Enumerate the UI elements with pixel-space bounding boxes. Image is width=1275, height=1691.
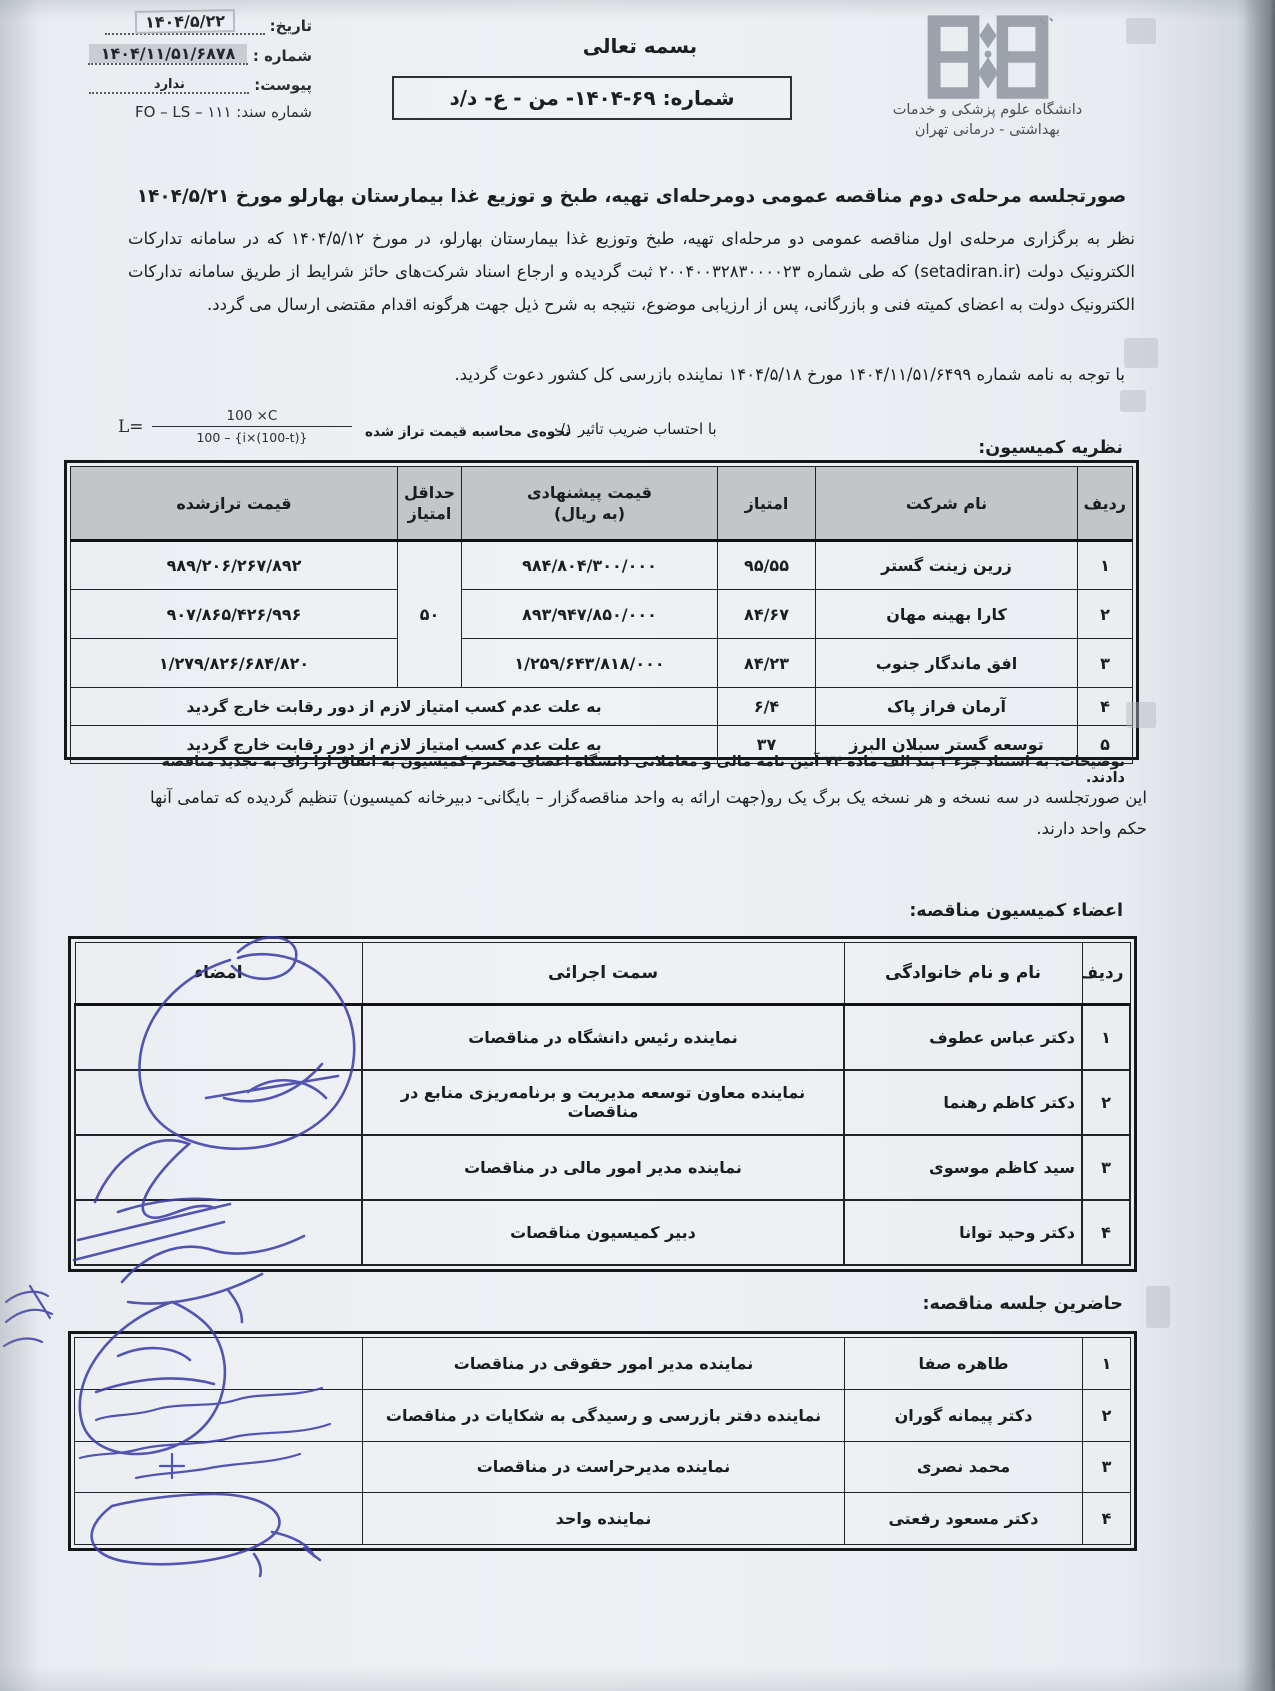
date-label: تاریخ: <box>270 17 312 35</box>
table-row: ۴ آرمان فراز پاک ۶/۴ به علت عدم کسب امتی… <box>71 688 1133 726</box>
col-score: امتیاز <box>718 467 816 541</box>
col-min-score-line1: حداقل <box>404 482 455 503</box>
rank-cell: ۲ <box>1083 1389 1131 1441</box>
signature-cell <box>75 1005 362 1070</box>
signature-cell <box>75 1338 363 1390</box>
body-paragraph: نظر به برگزاری مرحله‌ی اول مناقصه عمومی … <box>128 222 1135 321</box>
tender-scores-table: ردیف نام شرکت امتیاز قیمت پیشنهادی (به ر… <box>70 466 1133 764</box>
col-min-score-line2: امتیاز <box>404 503 455 524</box>
rank-cell: ۴ <box>1083 1493 1131 1545</box>
members-table: ردیف نام و نام خانوادگی سمت اجرائی امضاء… <box>74 942 1131 1266</box>
copies-note: این صورتجلسه در سه نسخه و هر نسخه یک برگ… <box>150 782 1147 844</box>
formula-numerator: 100 ×C <box>152 408 353 427</box>
adjusted-price-cell: ۹۸۹/۲۰۶/۲۶۷/۸۹۲ <box>71 541 398 590</box>
member-name-cell: دکتر عباس عطوف <box>844 1005 1082 1070</box>
table-row: ۳ افق ماندگار جنوب ۸۴/۲۳ ۱/۲۵۹/۶۴۳/۸۱۸/۰… <box>71 639 1133 688</box>
adjusted-price-formula: L= 100 ×C 100 – {i×(100-t)} <box>118 408 352 445</box>
col-rank: ردیف <box>1082 943 1130 1005</box>
signature-cell <box>75 1493 363 1545</box>
signature-cell <box>75 1389 363 1441</box>
table-row: ۱ طاهره صفا نماینده مدیر امور حقوقی در م… <box>75 1338 1131 1390</box>
col-adjusted-price: قیمت ترازشده <box>71 467 398 541</box>
rank-cell: ۳ <box>1083 1441 1131 1493</box>
bid-price-cell: ۹۸۴/۸۰۴/۳۰۰/۰۰۰ <box>462 541 718 590</box>
letter-meta-block: تاریخ: ۱۴۰۴/۵/۲۲ شماره : ۱۴۰۴/۱۱/۵۱/۶۸۷۸… <box>12 10 312 130</box>
company-cell: افق ماندگار جنوب <box>816 639 1078 688</box>
meta-number-row: شماره : ۱۴۰۴/۱۱/۵۱/۶۸۷۸ <box>12 44 312 65</box>
member-role-cell: نماینده معاون توسعه مدیریت و برنامه‌ریزی… <box>362 1070 844 1135</box>
formula-denominator: 100 – {i×(100-t)} <box>152 427 353 445</box>
rank-cell: ۱ <box>1078 541 1133 590</box>
rank-cell: ۳ <box>1082 1135 1130 1200</box>
meta-attachment-row: پیوست: ندارد <box>12 74 312 94</box>
table-row: ۲ کارا بهینه مهان ۸۴/۶۷ ۸۹۳/۹۴۷/۸۵۰/۰۰۰ … <box>71 590 1133 639</box>
col-bid-price-line1: قیمت پیشنهادی <box>468 482 711 503</box>
attachment-dotted-line: ندارد <box>89 74 249 94</box>
table-row: ۴ دکتر مسعود رفعتی نماینده واحد <box>75 1493 1131 1545</box>
min-score-cell: ۵۰ <box>398 541 462 688</box>
university-name-line2: بهداشتی - درمانی تهران <box>860 120 1115 140</box>
tums-emblem-icon <box>913 11 1063 103</box>
scanned-document-page: تاریخ: ۱۴۰۴/۵/۲۲ شماره : ۱۴۰۴/۱۱/۵۱/۶۸۷۸… <box>0 0 1275 1691</box>
score-cell: ۸۴/۶۷ <box>718 590 816 639</box>
adjusted-price-cell: ۹۰۷/۸۶۵/۴۲۶/۹۹۶ <box>71 590 398 639</box>
rank-cell: ۴ <box>1082 1200 1130 1265</box>
col-bid-price: قیمت پیشنهادی (به ریال) <box>462 467 718 541</box>
signature-stroke <box>128 1274 262 1322</box>
members-table-frame: ردیف نام و نام خانوادگی سمت اجرائی امضاء… <box>68 936 1137 1272</box>
handwritten-note-stroke <box>4 1292 52 1346</box>
university-logo <box>905 8 1070 106</box>
table-row: ۱ دکتر عباس عطوف نماینده رئیس دانشگاه در… <box>75 1005 1130 1070</box>
col-min-score: حداقل امتیاز <box>398 467 462 541</box>
attendee-name-cell: طاهره صفا <box>845 1338 1083 1390</box>
rank-cell: ۲ <box>1078 590 1133 639</box>
company-cell: زرین زینت گستر <box>816 541 1078 590</box>
col-signature: امضاء <box>75 943 362 1005</box>
member-role-cell: نماینده مدیر امور مالی در مناقصات <box>362 1135 844 1200</box>
inspector-invite-line: با توجه به نامه شماره ۱۴۰۴/۱۱/۵۱/۶۴۹۹ مو… <box>128 365 1125 384</box>
meta-date-row: تاریخ: ۱۴۰۴/۵/۲۲ <box>12 10 312 35</box>
score-cell: ۹۵/۵۵ <box>718 541 816 590</box>
document-title: صورتجلسه مرحله‌ی دوم مناقصه عمومی دومرحل… <box>128 186 1135 207</box>
member-name-cell: دکتر وحید توانا <box>844 1200 1082 1265</box>
formula-caption: نحوه‌ی محاسبه قیمت تراز شده <box>365 424 570 440</box>
attachment-value-handwritten: ندارد <box>154 77 185 92</box>
attendee-name-cell: محمد نصری <box>845 1441 1083 1493</box>
col-name: نام و نام خانوادگی <box>844 943 1082 1005</box>
table-header-row: ردیف نام و نام خانوادگی سمت اجرائی امضاء <box>75 943 1130 1005</box>
table-row: ۴ دکتر وحید توانا دبیر کمیسیون مناقصات <box>75 1200 1130 1265</box>
number-dotted-line: ۱۴۰۴/۱۱/۵۱/۶۸۷۸ <box>88 44 248 65</box>
doc-number-line: شماره سند: FO – LS – ۱۱۱ <box>12 103 312 121</box>
attendee-name-cell: دکتر مسعود رفعتی <box>845 1493 1083 1545</box>
attendees-section-heading: حاضرین جلسه مناقصه: <box>922 1294 1123 1314</box>
signature-cell <box>75 1070 362 1135</box>
formula-lhs: L= <box>118 417 144 437</box>
company-cell: کارا بهینه مهان <box>816 590 1078 639</box>
number-label: شماره : <box>253 47 312 65</box>
scan-smudge <box>1126 18 1156 44</box>
member-name-cell: دکتر کاظم رهنما <box>844 1070 1082 1135</box>
members-section-heading: اعضاء کمیسیون مناقصه: <box>909 901 1123 921</box>
member-role-cell: نماینده رئیس دانشگاه در مناقصات <box>362 1005 844 1070</box>
signature-cell <box>75 1135 362 1200</box>
number-value-handwritten: ۱۴۰۴/۱۱/۵۱/۶۸۷۸ <box>89 44 248 63</box>
attendee-name-cell: دکتر پیمانه گوران <box>845 1389 1083 1441</box>
formula-fraction: 100 ×C 100 – {i×(100-t)} <box>152 408 353 445</box>
signature-cell <box>75 1441 363 1493</box>
attendee-role-cell: نماینده مدیرحراست در مناقصات <box>363 1441 845 1493</box>
table-row: ۳ محمد نصری نماینده مدیرحراست در مناقصات <box>75 1441 1131 1493</box>
rank-cell: ۴ <box>1078 688 1133 726</box>
col-bid-price-line2: (به ریال) <box>468 503 711 524</box>
scan-smudge <box>1120 390 1146 412</box>
reference-number-box: شماره: ۶۹-۱۴۰۴- من - ع- د/د <box>392 76 792 120</box>
tender-scores-table-frame: ردیف نام شرکت امتیاز قیمت پیشنهادی (به ر… <box>64 460 1139 760</box>
date-value-handwritten: ۱۴۰۴/۵/۲۲ <box>135 9 235 34</box>
adjusted-price-cell: ۱/۲۷۹/۸۲۶/۶۸۴/۸۲۰ <box>71 639 398 688</box>
score-cell: ۶/۴ <box>718 688 816 726</box>
attendees-table: ۱ طاهره صفا نماینده مدیر امور حقوقی در م… <box>74 1337 1131 1545</box>
attendee-role-cell: نماینده واحد <box>363 1493 845 1545</box>
scan-smudge <box>1126 702 1156 728</box>
besmele-text: بسمه تعالی <box>470 34 810 58</box>
attendees-table-frame: ۱ طاهره صفا نماینده مدیر امور حقوقی در م… <box>68 1331 1137 1551</box>
table-row: ۲ دکتر پیمانه گوران نماینده دفتر بازرسی … <box>75 1389 1131 1441</box>
company-cell: آرمان فراز پاک <box>816 688 1078 726</box>
rank-cell: ۱ <box>1082 1005 1130 1070</box>
table-row: ۳ سید کاظم موسوی نماینده مدیر امور مالی … <box>75 1135 1130 1200</box>
date-dotted-line: ۱۴۰۴/۵/۲۲ <box>105 10 265 35</box>
member-name-cell: سید کاظم موسوی <box>844 1135 1082 1200</box>
attendee-role-cell: نماینده مدیر امور حقوقی در مناقصات <box>363 1338 845 1390</box>
university-name-line1: دانشگاه علوم پزشکی و خدمات <box>860 100 1115 120</box>
col-company: نام شرکت <box>816 467 1078 541</box>
scan-smudge <box>1146 1286 1170 1328</box>
university-name: دانشگاه علوم پزشکی و خدمات بهداشتی - درم… <box>860 100 1115 140</box>
handwritten-note-stroke <box>30 1286 50 1318</box>
bid-price-cell: ۱/۲۵۹/۶۴۳/۸۱۸/۰۰۰ <box>462 639 718 688</box>
table-row: ۲ دکتر کاظم رهنما نماینده معاون توسعه مد… <box>75 1070 1130 1135</box>
col-rank: ردیف <box>1078 467 1133 541</box>
attendee-role-cell: نماینده دفتر بازرسی و رسیدگی به شکایات د… <box>363 1389 845 1441</box>
elimination-note-cell: به علت عدم کسب امتیاز لازم از دور رقابت … <box>71 688 718 726</box>
table-header-row: ردیف نام شرکت امتیاز قیمت پیشنهادی (به ر… <box>71 467 1133 541</box>
scan-smudge <box>1124 338 1158 368</box>
rank-cell: ۲ <box>1082 1070 1130 1135</box>
col-role: سمت اجرائی <box>362 943 844 1005</box>
opinion-section-heading: نظریه کمیسیون: <box>978 438 1123 458</box>
rank-cell: ۱ <box>1083 1338 1131 1390</box>
table-row: ۱ زرین زینت گستر ۹۵/۵۵ ۹۸۴/۸۰۴/۳۰۰/۰۰۰ ۵… <box>71 541 1133 590</box>
signature-cell <box>75 1200 362 1265</box>
rank-cell: ۳ <box>1078 639 1133 688</box>
score-cell: ۸۴/۲۳ <box>718 639 816 688</box>
bid-price-cell: ۸۹۳/۹۴۷/۸۵۰/۰۰۰ <box>462 590 718 639</box>
impact-coefficient-note: با احتساب ضریب تاثیر ۰/۱ <box>552 420 717 438</box>
member-role-cell: دبیر کمیسیون مناقصات <box>362 1200 844 1265</box>
attachment-label: پیوست: <box>254 76 312 94</box>
